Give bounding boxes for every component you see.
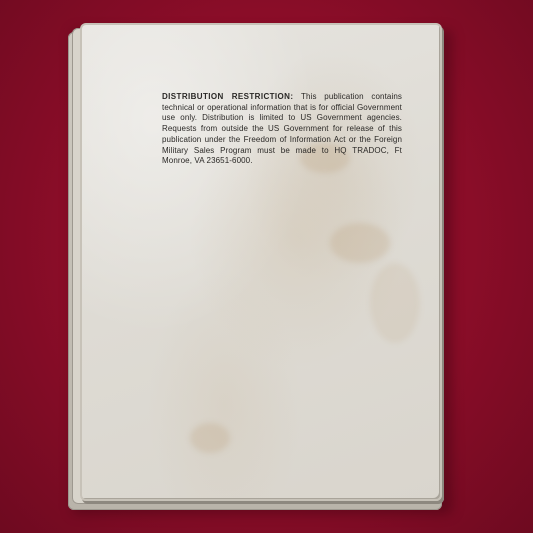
restriction-heading: DISTRIBUTION RESTRICTION: (162, 92, 293, 101)
cover-stain (330, 223, 390, 263)
restriction-body: This publication contains technical or o… (162, 92, 402, 165)
cover-stain (190, 423, 230, 453)
distribution-restriction-notice: DISTRIBUTION RESTRICTION: This publicati… (162, 92, 402, 167)
cover-stain (370, 263, 420, 343)
